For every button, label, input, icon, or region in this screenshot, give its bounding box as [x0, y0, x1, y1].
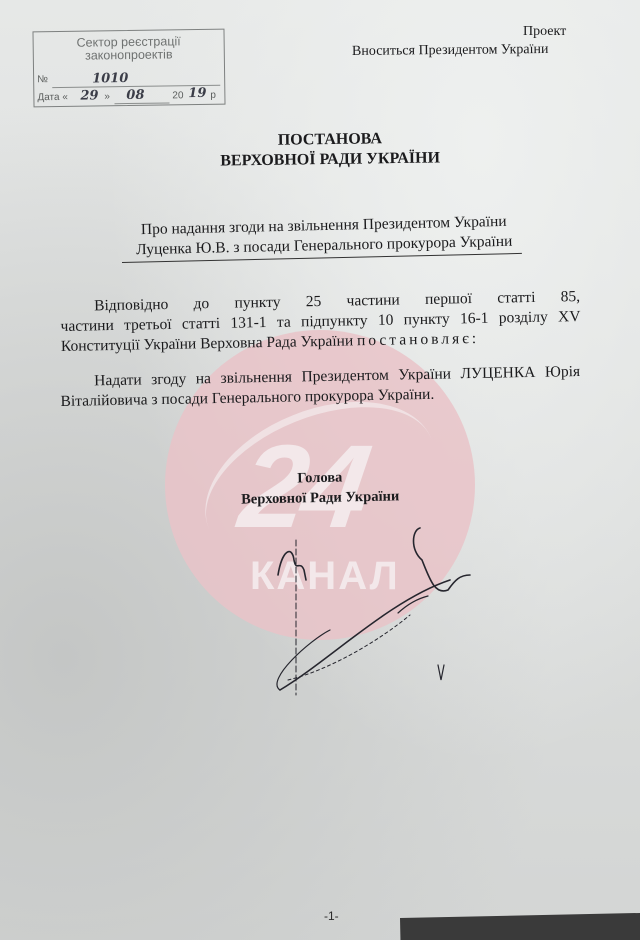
handwritten-signature	[270, 520, 490, 710]
submitted-by: Вноситься Президентом України	[352, 42, 549, 60]
page-number: -1-	[324, 909, 339, 923]
registration-stamp: Сектор реєстрації законопроектів № 1010 …	[32, 29, 225, 108]
stamp-title: Сектор реєстрації законопроектів	[34, 35, 224, 64]
background-edge	[400, 913, 640, 940]
stamp-year-value: 19	[188, 86, 206, 101]
stamp-date-day: 29	[80, 88, 98, 103]
stamp-number-label: №	[37, 74, 48, 85]
stamp-number-value: 1010	[92, 71, 128, 87]
paragraph-basis: Відповідно до пункту 25 частини першої с…	[60, 287, 581, 357]
resolves-verb: постановляє:	[357, 330, 479, 349]
stamp-date-label: Дата «	[37, 92, 68, 103]
stamp-date-month: 08	[126, 88, 144, 103]
document-title: ПОСТАНОВА ВЕРХОВНОЇ РАДИ УКРАЇНИ	[160, 128, 501, 173]
signer-title: Голова Верховної Ради України	[200, 465, 441, 510]
project-label: Проект	[523, 24, 566, 40]
